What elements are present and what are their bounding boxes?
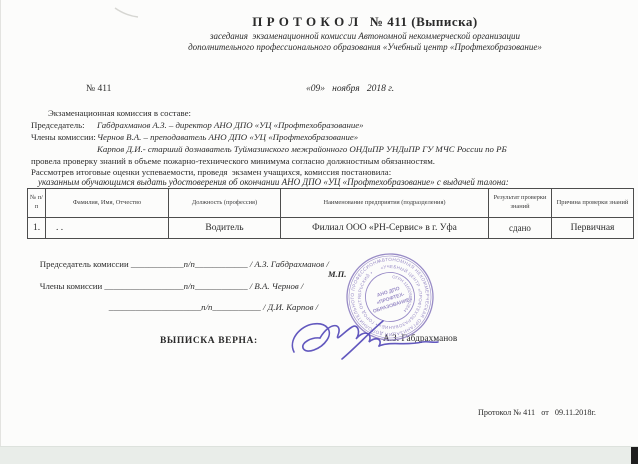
sig-pp: п/п	[184, 281, 195, 291]
col-header-company: Наименование предприятия (подразделения)	[281, 189, 489, 218]
commission-intro: Экзаменационная комиссия в составе:	[48, 108, 191, 118]
cell-reason: Первичная	[552, 218, 634, 239]
vypiska-verna-label: ВЫПИСКА ВЕРНА:	[160, 336, 258, 346]
footer-protocol-ref: Протокол № 411 от 09.11.2018г.	[478, 408, 596, 417]
member-1: Чернов В.А. – преподаватель АНО ДПО «УЦ …	[97, 132, 358, 142]
sig-pp: п/п	[201, 302, 212, 312]
protocol-number: № 411	[86, 84, 111, 94]
members-label: Члены комиссии:	[31, 132, 96, 142]
protocol-date: «09» ноября 2018 г.	[306, 84, 394, 94]
sig-line: _____________________	[109, 302, 201, 312]
cell-result: сдано	[489, 218, 552, 239]
table-header-row: № п/п Фамилия, Имя, Отчество Должность (…	[28, 189, 634, 218]
cell-name: . .	[46, 218, 169, 239]
sig-line: __________________	[104, 281, 183, 291]
col-header-position: Должность (профессия)	[169, 189, 281, 218]
document-title: П Р О Т О К О Л № 411 (Выписка)	[60, 14, 638, 30]
sig-chairman-label: Председатель комиссии	[40, 259, 131, 269]
scan-bottom-band	[0, 446, 638, 464]
results-table: № п/п Фамилия, Имя, Отчество Должность (…	[27, 188, 634, 239]
sig-line: ____________	[195, 259, 248, 269]
cell-company: Филиал ООО «РН-Сервис» в г. Уфа	[281, 218, 489, 239]
body-line-3: указанным обучающимся выдать удостоверен…	[38, 177, 509, 187]
sig-chairman-name: / А.З. Габдрахманов /	[248, 259, 329, 269]
sig-pp: п/п	[184, 259, 195, 269]
document-subtitle-1: заседания экзаменационной комиссии Автон…	[60, 31, 638, 43]
sig-member1-name: / В.А. Чернов /	[248, 281, 304, 291]
cell-num: 1.	[28, 218, 46, 239]
body-line-2: Рассмотрев итоговые оценки успеваемости,…	[31, 167, 391, 177]
cell-position: Водитель	[169, 218, 281, 239]
member-2: Карпов Д.И.- старший дознаватель Туймази…	[97, 144, 507, 154]
scanned-protocol-document: П Р О Т О К О Л № 411 (Выписка) заседани…	[0, 0, 638, 464]
scan-left-edge	[0, 0, 1, 464]
chairman-label: Председатель:	[31, 120, 85, 130]
sig-line: ___________	[212, 302, 260, 312]
col-header-num: № п/п	[28, 189, 46, 218]
table-row: 1. . . Водитель Филиал ООО «РН-Сервис» в…	[28, 218, 634, 239]
handwritten-signature	[286, 312, 446, 364]
sig-line: ____________	[195, 281, 248, 291]
col-header-reason: Причина проверки знаний	[552, 189, 634, 218]
chairman-value: Габдрахманов А.З. – директор АНО ДПО «УЦ…	[97, 120, 364, 130]
sig-line: ____________	[131, 259, 184, 269]
document-subtitle-2: дополнительного профессионального образо…	[60, 42, 638, 54]
body-line-1: провела проверку знаний в объеме пожарно…	[31, 156, 435, 166]
scan-dark-corner	[631, 447, 638, 464]
col-header-fio: Фамилия, Имя, Отчество	[46, 189, 169, 218]
col-header-result: Результат проверки знаний	[489, 189, 552, 218]
sig-members-label: Члены комиссии	[40, 281, 105, 291]
sig-member2-name: / Д.И. Карпов /	[261, 302, 318, 312]
